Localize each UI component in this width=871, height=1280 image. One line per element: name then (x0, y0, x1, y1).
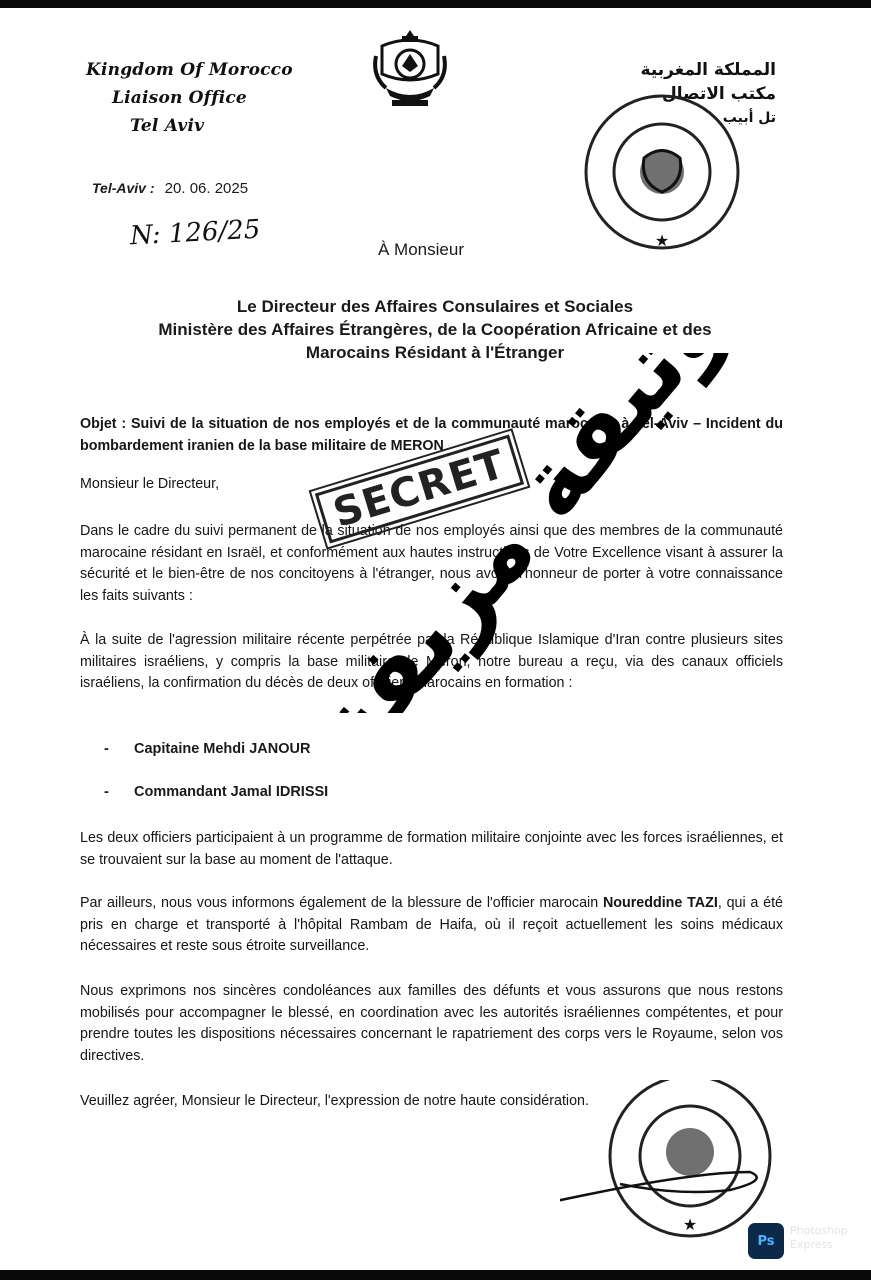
official-seal-bottom-icon: ★ (560, 1080, 780, 1250)
arabic-kingdom: المملكة المغربية (641, 58, 776, 82)
officer-list-item: -Commandant Jamal IDRISSI (104, 784, 328, 800)
paragraph-3: Les deux officiers participaient à un pr… (80, 828, 783, 871)
reference-number: N: 126/25 (129, 215, 261, 252)
photoshop-express-icon: Ps (748, 1223, 784, 1259)
paragraph-4-prefix: Par ailleurs, nous vous informons égalem… (80, 895, 603, 911)
list-bullet: - (104, 784, 134, 800)
app-watermark: Photoshop Express (790, 1224, 848, 1252)
document-page: Kingdom Of Morocco Liaison Office Tel Av… (0, 8, 871, 1270)
ps-icon-label: Ps (757, 1234, 774, 1249)
officer-name: Capitaine Mehdi JANOUR (134, 741, 310, 757)
svg-text:★: ★ (683, 1217, 697, 1234)
letterhead-line-city: Tel Aviv (130, 116, 204, 136)
paragraph-4: Par ailleurs, nous vous informons égalem… (80, 893, 783, 958)
injured-officer-name: Noureddine TAZI (603, 895, 718, 911)
letter-date: Tel-Aviv : 20. 06. 2025 (92, 180, 248, 197)
svg-text:★: ★ (655, 233, 669, 250)
addressee-block: Le Directeur des Affaires Consulaires et… (60, 295, 810, 364)
letterhead-line-office: Liaison Office (112, 88, 247, 108)
paragraph-2: À la suite de l'agression militaire réce… (80, 630, 783, 695)
paragraph-1: Dans le cadre du suivi permanent de la s… (80, 521, 783, 607)
list-bullet: - (104, 741, 134, 757)
app-name-line: Express (790, 1238, 848, 1252)
paragraph-5: Nous exprimons nos sincères condoléances… (80, 981, 783, 1067)
date-value: 20. 06. 2025 (165, 180, 248, 197)
addressee-line: Marocains Résidant à l'Étranger (60, 341, 810, 364)
addressee-intro: À Monsieur (378, 240, 464, 260)
officer-name: Commandant Jamal IDRISSI (134, 784, 328, 800)
officer-list-item: -Capitaine Mehdi JANOUR (104, 741, 310, 757)
subject-text: Suivi de la situation de nos employés et… (80, 416, 783, 454)
moroccan-crest-icon (372, 26, 448, 112)
letterhead-line-kingdom: Kingdom Of Morocco (86, 60, 293, 80)
date-label: Tel-Aviv : (92, 180, 155, 196)
app-name-line: Photoshop (790, 1224, 848, 1238)
subject-line: Objet : Suivi de la situation de nos emp… (80, 414, 783, 457)
addressee-line: Le Directeur des Affaires Consulaires et… (60, 295, 810, 318)
official-seal-top-icon: ★ (582, 88, 742, 258)
subject-label: Objet : (80, 416, 126, 432)
addressee-line: Ministère des Affaires Étrangères, de la… (60, 318, 810, 341)
